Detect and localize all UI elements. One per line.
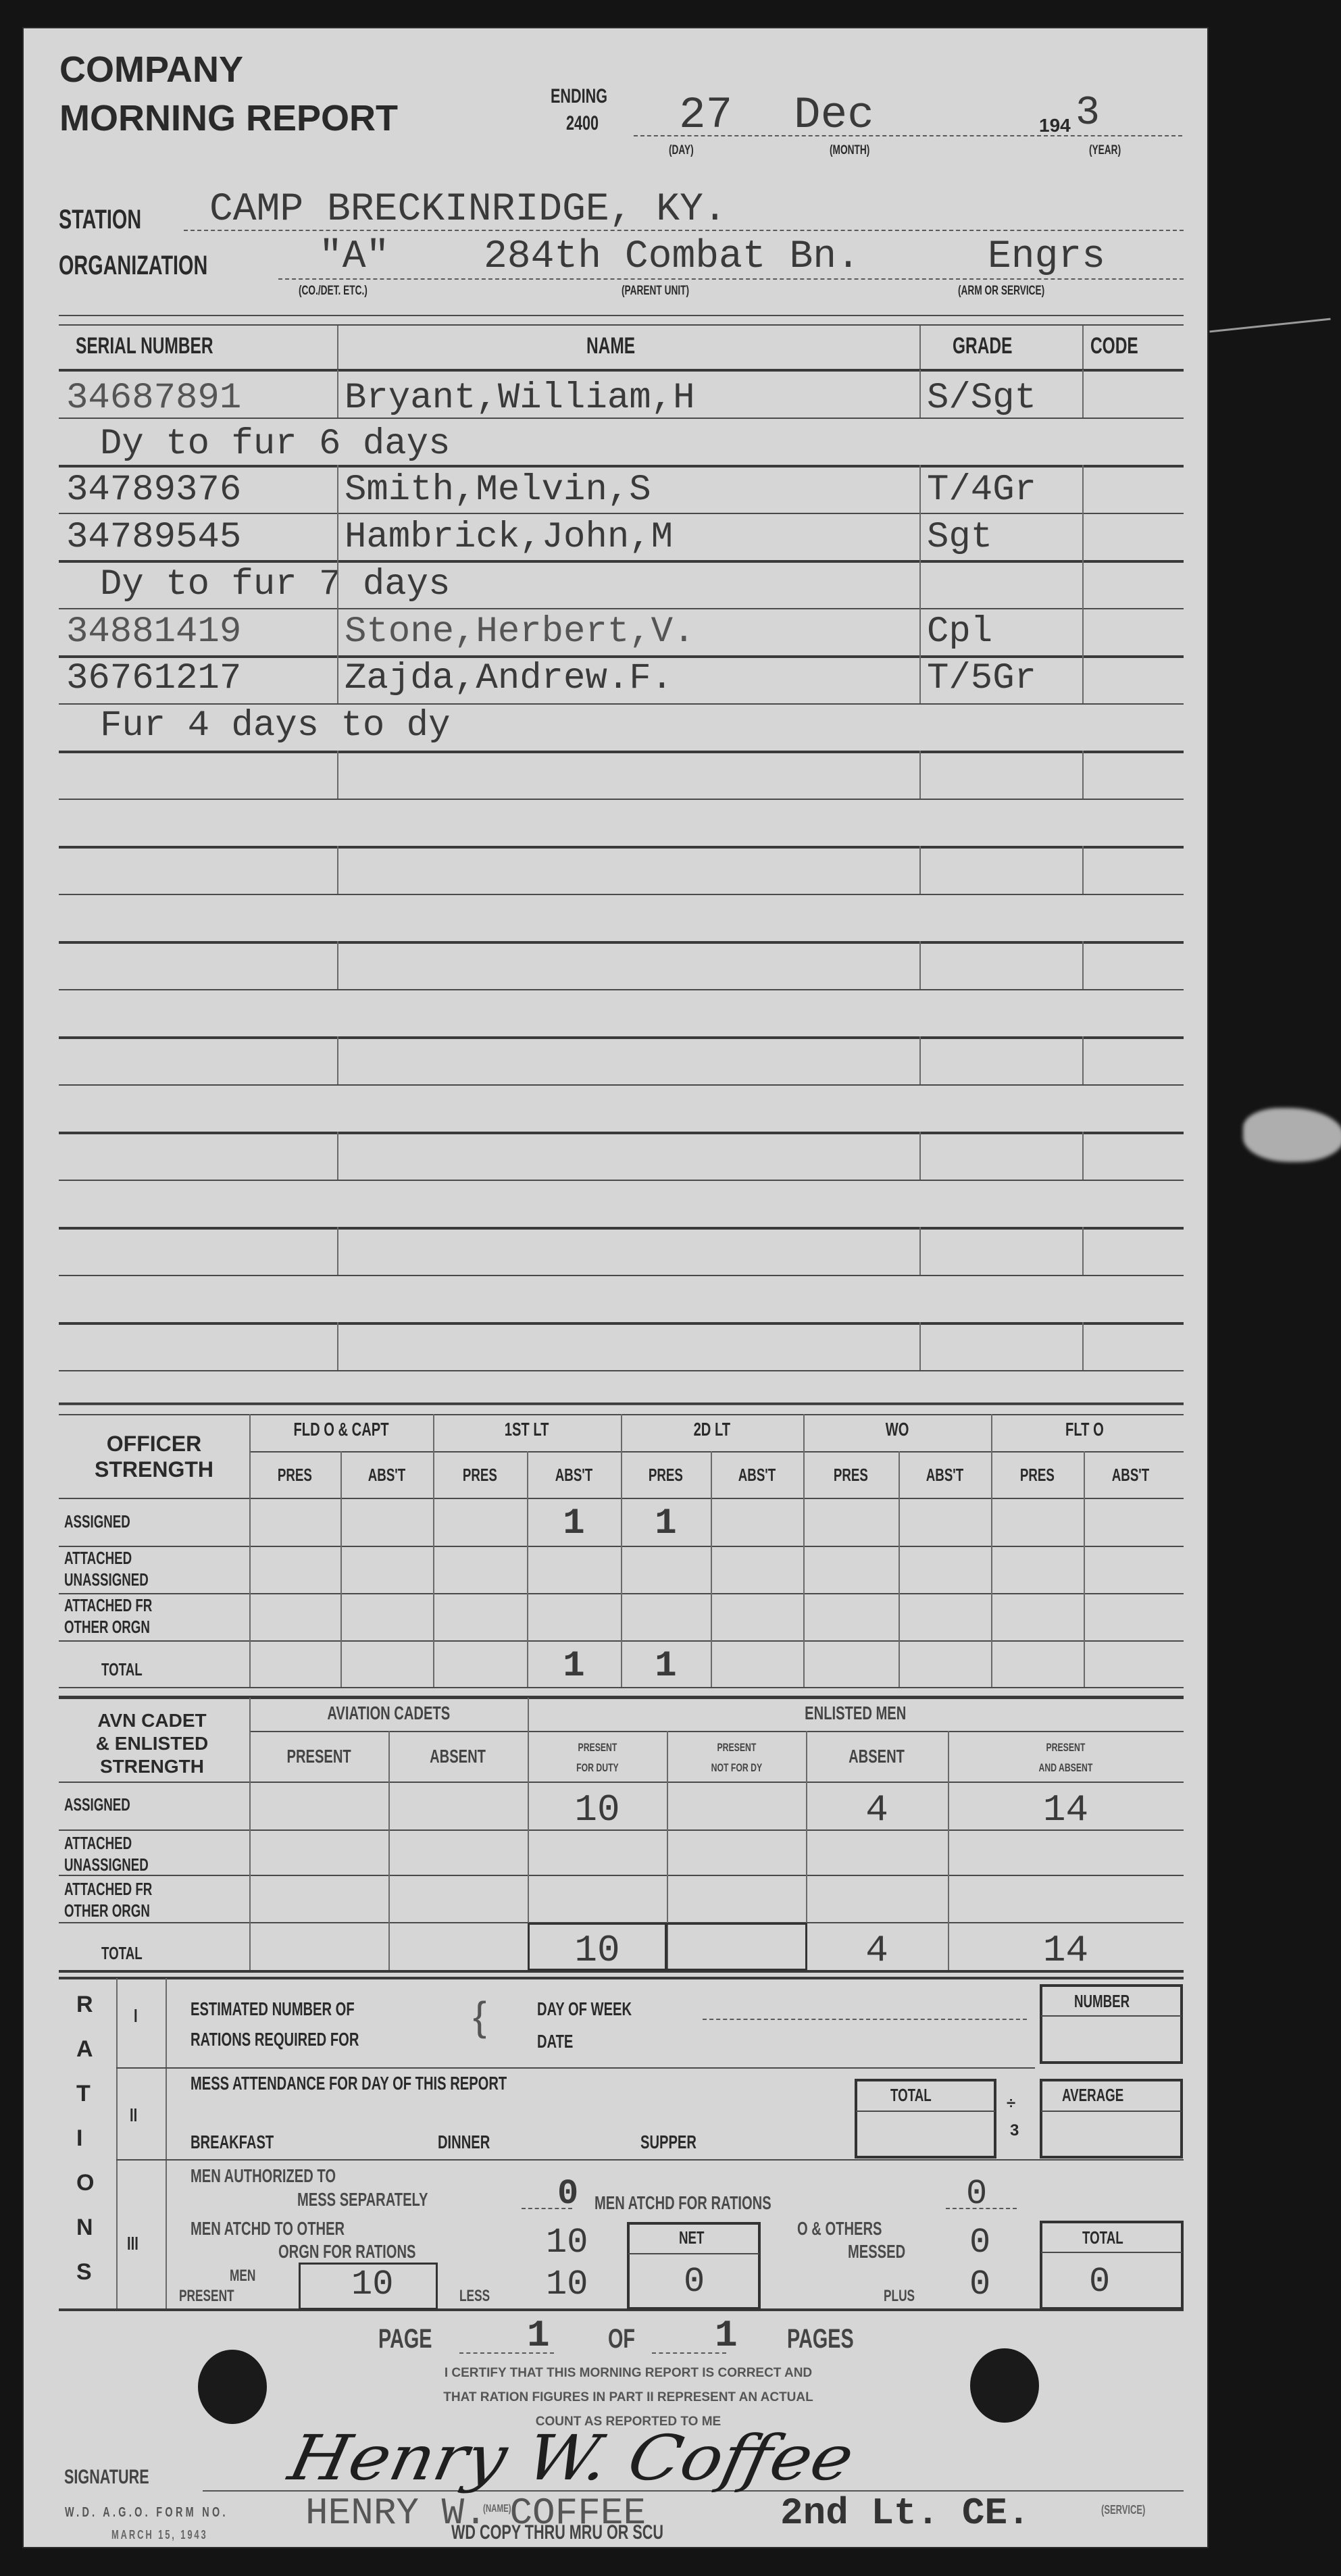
roster-row-line bbox=[59, 1227, 1184, 1230]
o-others-label-2: MESSED bbox=[848, 2241, 905, 2263]
roster-col-divider bbox=[337, 1227, 338, 1275]
officer-group-header: FLT O bbox=[991, 1419, 1178, 1440]
roster-col-divider bbox=[919, 560, 921, 608]
sec2-numeral: II bbox=[130, 2104, 137, 2126]
certify-line-2: THAT RATION FIGURES IN PART II REPRESENT… bbox=[345, 2385, 912, 2410]
present-not-for-dy-total-box[interactable] bbox=[665, 1923, 807, 1971]
mess-sep-label-1: MEN AUTHORIZED TO bbox=[191, 2165, 336, 2187]
enlisted-row-label: ASSIGNED bbox=[64, 1794, 156, 1815]
station-value[interactable]: CAMP BRECKINRIDGE, KY. bbox=[209, 191, 727, 230]
rations-divider-2 bbox=[166, 1978, 167, 2309]
year-caption: (YEAR) bbox=[1089, 143, 1121, 158]
day-caption: (DAY) bbox=[669, 143, 694, 158]
header-code: CODE bbox=[1090, 333, 1138, 359]
roster-col-divider bbox=[337, 326, 338, 369]
wd-copy-note: WD COPY THRU MRU OR SCU bbox=[451, 2521, 663, 2544]
number-box-divider bbox=[1041, 2015, 1182, 2017]
roster-col-divider bbox=[1082, 1322, 1084, 1370]
sec1-label-1: ESTIMATED NUMBER OF bbox=[191, 1998, 355, 2020]
org-company-caption: (CO./DET. ETC.) bbox=[299, 284, 368, 299]
enlisted-row-label: TOTAL bbox=[101, 1942, 158, 1964]
officer-group-line bbox=[249, 1451, 1184, 1453]
organization-label: ORGANIZATION bbox=[59, 252, 207, 279]
header-name: NAME bbox=[586, 333, 635, 359]
page-label: PAGE bbox=[378, 2324, 432, 2354]
certify-line-1: I CERTIFY THAT THIS MORNING REPORT IS CO… bbox=[345, 2361, 912, 2385]
ending-time: 2400 bbox=[566, 113, 599, 134]
roster-col-divider bbox=[919, 751, 921, 799]
officer-col-divider bbox=[803, 1414, 805, 1687]
net-header: NET bbox=[679, 2227, 704, 2248]
rations-total-value[interactable]: 0 bbox=[1089, 2262, 1110, 2302]
roster-col-divider bbox=[337, 751, 338, 799]
atchd-other-label-1: MEN ATCHD TO OTHER bbox=[191, 2218, 345, 2240]
roster-col-divider bbox=[337, 370, 338, 418]
officer-sub-header: ABS'T bbox=[1084, 1465, 1178, 1486]
roster-bottom-line bbox=[59, 1404, 1184, 1405]
officer-group-header: 1ST LT bbox=[433, 1419, 621, 1440]
net-box-divider bbox=[628, 2253, 759, 2254]
enlisted-title-3: STRENGTH bbox=[68, 1755, 236, 1778]
divide-op: ÷ bbox=[1007, 2094, 1015, 2113]
header-grade: GRADE bbox=[953, 333, 1012, 359]
roster-col-divider bbox=[337, 1132, 338, 1180]
officer-group-header: 2D LT bbox=[621, 1419, 803, 1440]
enlisted-cell-value[interactable]: 10 bbox=[528, 1788, 667, 1832]
enlisted-sub-header: ABSENT bbox=[388, 1746, 528, 1767]
roster-header-line bbox=[59, 369, 1184, 372]
roster-col-divider bbox=[337, 846, 338, 894]
row-3-grade[interactable]: Sgt bbox=[927, 517, 992, 558]
roster-row-line bbox=[59, 608, 1184, 609]
officer-sub-header: ABS'T bbox=[711, 1465, 803, 1486]
roster-col-divider bbox=[337, 560, 338, 608]
atchd-other-label-2: ORGN FOR RATIONS bbox=[278, 2241, 415, 2263]
officer-sub-header: PRES bbox=[249, 1465, 340, 1486]
rations-side-letter: T bbox=[76, 2081, 91, 2107]
rations-total-header: TOTAL bbox=[1082, 2227, 1123, 2248]
roster-top-line bbox=[59, 315, 1184, 316]
roster-col-divider bbox=[919, 941, 921, 989]
roster-row-line bbox=[59, 1180, 1184, 1181]
row-5-remark[interactable]: Fur 4 days to dy bbox=[100, 706, 450, 747]
officer-sub-header: ABS'T bbox=[340, 1465, 433, 1486]
brace-icon: { bbox=[473, 1993, 486, 2040]
roster-row-line bbox=[59, 894, 1184, 895]
roster-row-line bbox=[59, 799, 1184, 800]
officer-row-line bbox=[59, 1687, 1184, 1688]
roster-col-divider bbox=[1082, 941, 1084, 989]
rations-side-letter: S bbox=[76, 2259, 92, 2285]
enlisted-group-men: ENLISTED MEN bbox=[528, 1702, 1184, 1724]
roster-row-line bbox=[59, 655, 1184, 658]
background-scratch bbox=[1209, 318, 1330, 333]
enlisted-row-line bbox=[59, 1875, 1184, 1876]
officer-col-divider bbox=[433, 1414, 434, 1687]
divisor: 3 bbox=[1010, 2121, 1019, 2140]
officer-cell-value[interactable]: 1 bbox=[527, 1503, 621, 1544]
header-serial-number: SERIAL NUMBER bbox=[76, 333, 213, 359]
less-label: LESS bbox=[459, 2287, 490, 2306]
officer-sub-header: ABS'T bbox=[899, 1465, 991, 1486]
typed-rank[interactable]: 2nd Lt. CE. bbox=[780, 2492, 1030, 2535]
dinner-label: DINNER bbox=[438, 2131, 490, 2153]
roster-col-divider bbox=[919, 1036, 921, 1084]
rations-side-letter: R bbox=[76, 1992, 93, 2018]
enlisted-title-2: & ENLISTED bbox=[68, 1732, 236, 1755]
form-title-line2: MORNING REPORT bbox=[59, 100, 398, 136]
officer-bottom-line bbox=[59, 1696, 1184, 1698]
roster-row-line bbox=[59, 846, 1184, 849]
rations-divider-1 bbox=[116, 1978, 118, 2309]
roster-col-divider bbox=[1082, 655, 1084, 703]
officer-strength-title-2: STRENGTH bbox=[73, 1457, 235, 1482]
rations-sec2-bottom bbox=[116, 2159, 1184, 2161]
rations-side-letter: N bbox=[76, 2215, 93, 2241]
roster-col-divider bbox=[1082, 1036, 1084, 1084]
mess-average-header: AVERAGE bbox=[1062, 2085, 1123, 2106]
enlisted-row-label: ATTACHEDUNASSIGNED bbox=[64, 1832, 181, 1875]
ending-label: ENDING bbox=[551, 86, 607, 107]
rations-side-letter: A bbox=[76, 2036, 93, 2063]
org-arm-value[interactable]: Engrs bbox=[988, 238, 1105, 277]
officer-col-divider bbox=[340, 1451, 342, 1687]
o-others-label-1: O & OTHERS bbox=[797, 2218, 882, 2240]
rations-side-letter: I bbox=[76, 2125, 82, 2152]
rations-sec1-bottom bbox=[116, 2067, 1035, 2069]
roster-col-divider bbox=[337, 655, 338, 703]
mess-sep-label-2: MESS SEPARATELY bbox=[297, 2189, 428, 2211]
month-caption: (MONTH) bbox=[830, 143, 869, 158]
number-header: NUMBER bbox=[1074, 1991, 1130, 2012]
atchd-other-value[interactable]: 10 bbox=[546, 2223, 588, 2263]
row-2-serial[interactable]: 34789376 bbox=[66, 470, 241, 511]
station-label: STATION bbox=[59, 206, 141, 233]
roster-row-line bbox=[59, 1322, 1184, 1325]
enlisted-cell-value[interactable]: 4 bbox=[806, 1929, 948, 1972]
plus-label: PLUS bbox=[884, 2287, 915, 2306]
roster-row-line bbox=[59, 1084, 1184, 1086]
row-4-name[interactable]: Stone,Herbert,V. bbox=[345, 612, 694, 653]
roster-col-divider bbox=[1082, 751, 1084, 799]
roster-col-divider bbox=[337, 1322, 338, 1370]
officer-col-divider bbox=[249, 1414, 251, 1687]
roster-col-divider bbox=[919, 655, 921, 703]
date-label: DATE bbox=[537, 2031, 573, 2052]
row-1-serial[interactable]: 34687891 bbox=[66, 378, 241, 419]
less-value[interactable]: 10 bbox=[546, 2265, 588, 2304]
roster-row-line bbox=[59, 751, 1184, 753]
form-number: W.D. A.G.O. FORM NO. bbox=[65, 2505, 228, 2521]
roster-col-divider bbox=[919, 1227, 921, 1275]
mess-total-header: TOTAL bbox=[890, 2085, 932, 2106]
row-3-serial[interactable]: 34789545 bbox=[66, 517, 241, 558]
officer-sub-header: PRES bbox=[621, 1465, 711, 1486]
officer-row-label: ATTACHED FROTHER ORGN bbox=[64, 1594, 186, 1638]
roster-row-line bbox=[59, 989, 1184, 990]
roster-col-divider bbox=[919, 513, 921, 561]
net-value[interactable]: 0 bbox=[684, 2262, 705, 2302]
day-of-week-line[interactable] bbox=[703, 2019, 1027, 2020]
row-2-grade[interactable]: T/4Gr bbox=[927, 470, 1036, 511]
punch-hole-left bbox=[198, 2350, 267, 2424]
enlisted-sub-header: ABSENT bbox=[806, 1746, 948, 1767]
enlisted-sub-header: PRESENTAND ABSENT bbox=[948, 1738, 1184, 1778]
day-of-week-label: DAY OF WEEK bbox=[537, 1998, 632, 2020]
org-parent-unit-value[interactable]: 284th Combat Bn. bbox=[484, 238, 860, 277]
enlisted-group-cadets: AVIATION CADETS bbox=[249, 1702, 528, 1724]
enlisted-sub-header: PRESENT bbox=[249, 1746, 388, 1767]
row-1-remark[interactable]: Dy to fur 6 days bbox=[100, 424, 450, 465]
roster-row-line bbox=[59, 1036, 1184, 1039]
officer-sub-header: ABS'T bbox=[527, 1465, 621, 1486]
enlisted-title-1: AVN CADET bbox=[68, 1709, 236, 1732]
row-2-name[interactable]: Smith,Melvin,S bbox=[345, 470, 651, 511]
background-smudge bbox=[1243, 1108, 1341, 1162]
roster-col-divider bbox=[1082, 370, 1084, 418]
officer-sub-header: PRES bbox=[803, 1465, 899, 1486]
signature-label: SIGNATURE bbox=[64, 2466, 149, 2489]
roster-row-line bbox=[59, 418, 1184, 419]
org-parent-caption: (PARENT UNIT) bbox=[622, 284, 689, 299]
breakfast-label: BREAKFAST bbox=[191, 2131, 274, 2153]
enlisted-row-label: ATTACHED FROTHER ORGN bbox=[64, 1878, 186, 1921]
roster-col-divider bbox=[337, 1036, 338, 1084]
roster-col-divider bbox=[1082, 513, 1084, 561]
officer-cell-value[interactable]: 1 bbox=[527, 1646, 621, 1687]
roster-col-divider bbox=[919, 465, 921, 513]
men-present-value[interactable]: 10 bbox=[351, 2265, 393, 2304]
rations-side-letter: O bbox=[76, 2170, 94, 2196]
of-label: OF bbox=[608, 2324, 635, 2354]
roster-row-line bbox=[59, 1275, 1184, 1276]
year-prefix: 194 bbox=[1039, 116, 1071, 135]
org-company-value[interactable]: "A" bbox=[319, 238, 389, 277]
plus-value[interactable]: 0 bbox=[969, 2265, 990, 2304]
roster-row-line bbox=[59, 1132, 1184, 1134]
name-caption: (NAME) bbox=[483, 2503, 511, 2515]
row-1-grade[interactable]: S/Sgt bbox=[927, 378, 1036, 419]
row-4-serial[interactable]: 34881419 bbox=[66, 612, 241, 653]
roster-row-line bbox=[59, 1370, 1184, 1371]
officer-sub-header: PRES bbox=[433, 1465, 527, 1486]
officer-sub-header: PRES bbox=[991, 1465, 1084, 1486]
mess-attendance-title: MESS ATTENDANCE FOR DAY OF THIS REPORT bbox=[191, 2073, 507, 2094]
officer-col-divider bbox=[1084, 1451, 1085, 1687]
roster-col-divider bbox=[1082, 608, 1084, 656]
enlisted-col-divider bbox=[249, 1698, 251, 1970]
officer-col-divider bbox=[711, 1451, 712, 1687]
roster-col-divider bbox=[919, 326, 921, 369]
officer-col-divider bbox=[991, 1414, 992, 1687]
roster-col-divider bbox=[919, 370, 921, 418]
atchd-for-rations-label: MEN ATCHD FOR RATIONS bbox=[594, 2192, 771, 2214]
supper-label: SUPPER bbox=[640, 2131, 697, 2153]
officer-row-label: ASSIGNED bbox=[64, 1511, 156, 1532]
officer-cell-value[interactable]: 1 bbox=[621, 1646, 711, 1687]
officer-group-header: FLD O & CAPT bbox=[249, 1419, 433, 1440]
rations-top-line bbox=[59, 1977, 1184, 1979]
officer-row-label: TOTAL bbox=[101, 1659, 158, 1680]
year-suffix[interactable]: 3 bbox=[1076, 93, 1100, 134]
enlisted-header-line bbox=[59, 1782, 1184, 1783]
rations-bottom-line bbox=[59, 2308, 1184, 2311]
mess-average-divider bbox=[1041, 2111, 1182, 2112]
roster-col-divider bbox=[919, 1132, 921, 1180]
roster-col-divider bbox=[1082, 1227, 1084, 1275]
roster-col-divider bbox=[919, 1322, 921, 1370]
row-3-remark[interactable]: Dy to fur 7 days bbox=[100, 565, 450, 605]
roster-col-divider bbox=[1082, 1132, 1084, 1180]
sec1-label-2: RATIONS REQUIRED FOR bbox=[191, 2029, 359, 2050]
roster-col-divider bbox=[1082, 465, 1084, 513]
rations-total-divider bbox=[1041, 2252, 1182, 2253]
signature-handwritten[interactable]: Henry W. Coffee bbox=[283, 2422, 860, 2494]
officer-row-label: ATTACHEDUNASSIGNED bbox=[64, 1547, 181, 1590]
officer-group-header: WO bbox=[803, 1419, 991, 1440]
sec1-numeral: I bbox=[134, 2005, 138, 2027]
enlisted-col-divider bbox=[388, 1731, 390, 1970]
day-value[interactable]: 27 bbox=[679, 93, 732, 138]
roster-col-divider bbox=[337, 608, 338, 656]
row-5-name[interactable]: Zajda,Andrew.F. bbox=[345, 659, 673, 699]
roster-col-divider bbox=[919, 846, 921, 894]
roster-row-line bbox=[59, 465, 1184, 468]
officer-cell-value[interactable]: 1 bbox=[621, 1503, 711, 1544]
form-title-line1: COMPANY bbox=[59, 51, 243, 88]
org-arm-caption: (ARM OR SERVICE) bbox=[958, 284, 1044, 299]
roster-col-divider bbox=[337, 941, 338, 989]
roster-col-divider bbox=[1082, 846, 1084, 894]
present-for-duty-total-box[interactable] bbox=[528, 1923, 667, 1971]
officer-strength-title-1: OFFICER bbox=[73, 1431, 235, 1457]
o-others-value[interactable]: 0 bbox=[969, 2223, 990, 2263]
punch-hole-right bbox=[970, 2348, 1039, 2423]
row-5-serial[interactable]: 36761217 bbox=[66, 659, 241, 699]
row-5-grade[interactable]: T/5Gr bbox=[927, 659, 1036, 699]
enlisted-cell-value[interactable]: 14 bbox=[948, 1929, 1184, 1972]
roster-row-line bbox=[59, 560, 1184, 563]
page-total[interactable]: 1 bbox=[715, 2314, 738, 2357]
atchd-for-rations-value[interactable]: 0 bbox=[966, 2174, 987, 2214]
enlisted-sub-header: PRESENTFOR DUTY bbox=[528, 1738, 667, 1778]
roster-col-divider bbox=[1082, 560, 1084, 608]
service-caption: (SERVICE) bbox=[1101, 2503, 1145, 2517]
form-date: MARCH 15, 1943 bbox=[111, 2528, 208, 2542]
men-present-label-2: PRESENT bbox=[179, 2287, 234, 2306]
roster-row-line bbox=[59, 941, 1184, 944]
roster-col-divider bbox=[337, 465, 338, 513]
sec3-numeral: III bbox=[127, 2233, 138, 2254]
enlisted-cell-value[interactable]: 4 bbox=[806, 1788, 948, 1832]
roster-col-divider bbox=[337, 513, 338, 561]
roster-row-line bbox=[59, 703, 1184, 705]
men-present-label-1: MEN bbox=[230, 2267, 255, 2285]
row-3-name[interactable]: Hambrick,John,M bbox=[345, 517, 673, 558]
roster-row-line bbox=[59, 513, 1184, 514]
month-value[interactable]: Dec bbox=[794, 93, 874, 138]
page-number[interactable]: 1 bbox=[527, 2314, 550, 2357]
row-4-grade[interactable]: Cpl bbox=[927, 612, 992, 653]
officer-col-divider bbox=[899, 1451, 900, 1687]
enlisted-cell-value[interactable]: 14 bbox=[948, 1788, 1184, 1832]
row-1-name[interactable]: Bryant,William,H bbox=[345, 378, 694, 419]
mess-total-divider bbox=[856, 2111, 995, 2112]
roster-col-divider bbox=[919, 608, 921, 656]
mess-sep-value[interactable]: 0 bbox=[557, 2174, 578, 2214]
roster-top-line-2 bbox=[59, 324, 1184, 326]
enlisted-sub-header: PRESENTNOT FOR DY bbox=[667, 1738, 806, 1778]
roster-col-divider bbox=[1082, 326, 1084, 369]
pages-label: PAGES bbox=[787, 2324, 854, 2354]
